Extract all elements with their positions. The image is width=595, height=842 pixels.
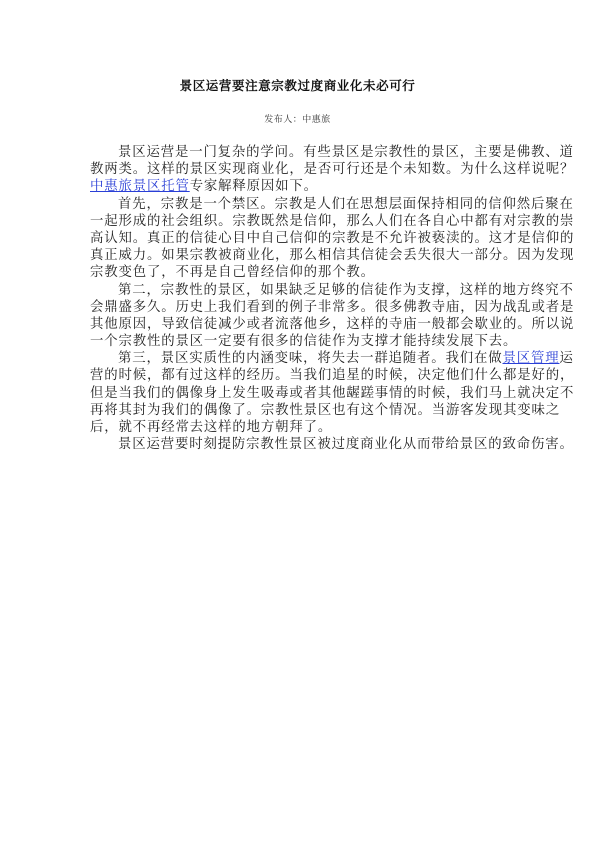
text-span: 真正威力。如果宗教被商业化，那么相信其信徒会丢失很大一部分。因为发现 xyxy=(90,248,574,263)
text-line: 教两类。这样的景区实现商业化，是否可行还是个未知数。为什么这样说呢？ xyxy=(90,161,510,178)
text-line: 一起形成的社会组织。宗教既然是信仰，那么人们在各自心中都有对宗教的崇 xyxy=(90,213,510,230)
text-line: 中惠旅景区托管专家解释原因如下。 xyxy=(90,178,510,195)
text-line: 一个宗教性的景区一定要有很多的信徒作为支撑才能持续发展下去。 xyxy=(90,333,510,350)
text-span: 宗教变色了，不再是自己曾经信仰的那个教。 xyxy=(90,265,375,280)
text-span: 但是当我们的偶像身上发生吸毒或者其他龌蹉事情的时候，我们马上就决定不 xyxy=(90,386,574,401)
text-span: 第二，宗教性的景区，如果缺乏足够的信徒作为支撑，这样的地方终究不 xyxy=(118,283,574,298)
text-span: 营的时候，都有过这样的经历。当我们追星的时候，决定他们什么都是好的， xyxy=(90,368,574,383)
hyperlink[interactable]: 中惠旅景区托管 xyxy=(90,179,190,194)
text-span: 第三，景区实质性的内涵变味，将失去一群追随者。我们在做 xyxy=(118,351,503,366)
text-span: 教两类。这样的景区实现商业化，是否可行还是个未知数。为什么这样说呢？ xyxy=(90,162,574,177)
text-span: 会鼎盛多久。历史上我们看到的例子非常多。很多佛教寺庙，因为战乱或者是 xyxy=(90,300,574,315)
text-span: 一起形成的社会组织。宗教既然是信仰，那么人们在各自心中都有对宗教的崇 xyxy=(90,214,574,229)
text-span: 后，就不再经常去这样的地方朝拜了。 xyxy=(90,420,332,435)
document-title: 景区运营要注意宗教过度商业化未必可行 xyxy=(0,76,595,94)
text-line: 景区运营要时刻提防宗教性景区被过度商业化从而带给景区的致命伤害。 xyxy=(90,436,510,453)
text-span: 运 xyxy=(559,351,573,366)
text-line: 会鼎盛多久。历史上我们看到的例子非常多。很多佛教寺庙，因为战乱或者是 xyxy=(90,299,510,316)
author-line: 发布人：中惠旅 xyxy=(0,112,595,125)
text-span: 专家解释原因如下。 xyxy=(190,179,318,194)
hyperlink[interactable]: 景区管理 xyxy=(503,351,560,366)
text-span: 其他原因，导致信徒减少或者流落他乡，这样的寺庙一般都会歇业的。所以说 xyxy=(90,317,574,332)
text-line: 后，就不再经常去这样的地方朝拜了。 xyxy=(90,419,510,436)
text-line: 其他原因，导致信徒减少或者流落他乡，这样的寺庙一般都会歇业的。所以说 xyxy=(90,316,510,333)
text-line: 首先，宗教是一个禁区。宗教是人们在思想层面保持相同的信仰然后聚在 xyxy=(90,196,510,213)
text-line: 第二，宗教性的景区，如果缺乏足够的信徒作为支撑，这样的地方终究不 xyxy=(90,282,510,299)
text-line: 景区运营是一门复杂的学问。有些景区是宗教性的景区，主要是佛教、道 xyxy=(90,144,510,161)
text-line: 再将其封为我们的偶像了。宗教性景区也有这个情况。当游客发现其变味之 xyxy=(90,402,510,419)
text-line: 真正威力。如果宗教被商业化，那么相信其信徒会丢失很大一部分。因为发现 xyxy=(90,247,510,264)
text-span: 高认知。真正的信徒心目中自己信仰的宗教是不允许被亵渎的。这才是信仰的 xyxy=(90,231,574,246)
text-line: 但是当我们的偶像身上发生吸毒或者其他龌蹉事情的时候，我们马上就决定不 xyxy=(90,385,510,402)
text-span: 首先，宗教是一个禁区。宗教是人们在思想层面保持相同的信仰然后聚在 xyxy=(118,197,574,212)
text-span: 景区运营要时刻提防宗教性景区被过度商业化从而带给景区的致命伤害。 xyxy=(118,437,574,452)
text-line: 营的时候，都有过这样的经历。当我们追星的时候，决定他们什么都是好的， xyxy=(90,367,510,384)
text-span: 景区运营是一门复杂的学问。有些景区是宗教性的景区，主要是佛教、道 xyxy=(118,145,574,160)
text-span: 一个宗教性的景区一定要有很多的信徒作为支撑才能持续发展下去。 xyxy=(90,334,517,349)
document-body: 景区运营是一门复杂的学问。有些景区是宗教性的景区，主要是佛教、道教两类。这样的景… xyxy=(90,144,510,453)
text-line: 高认知。真正的信徒心目中自己信仰的宗教是不允许被亵渎的。这才是信仰的 xyxy=(90,230,510,247)
text-line: 宗教变色了，不再是自己曾经信仰的那个教。 xyxy=(90,264,510,281)
text-span: 再将其封为我们的偶像了。宗教性景区也有这个情况。当游客发现其变味之 xyxy=(90,403,560,418)
text-line: 第三，景区实质性的内涵变味，将失去一群追随者。我们在做景区管理运 xyxy=(90,350,510,367)
